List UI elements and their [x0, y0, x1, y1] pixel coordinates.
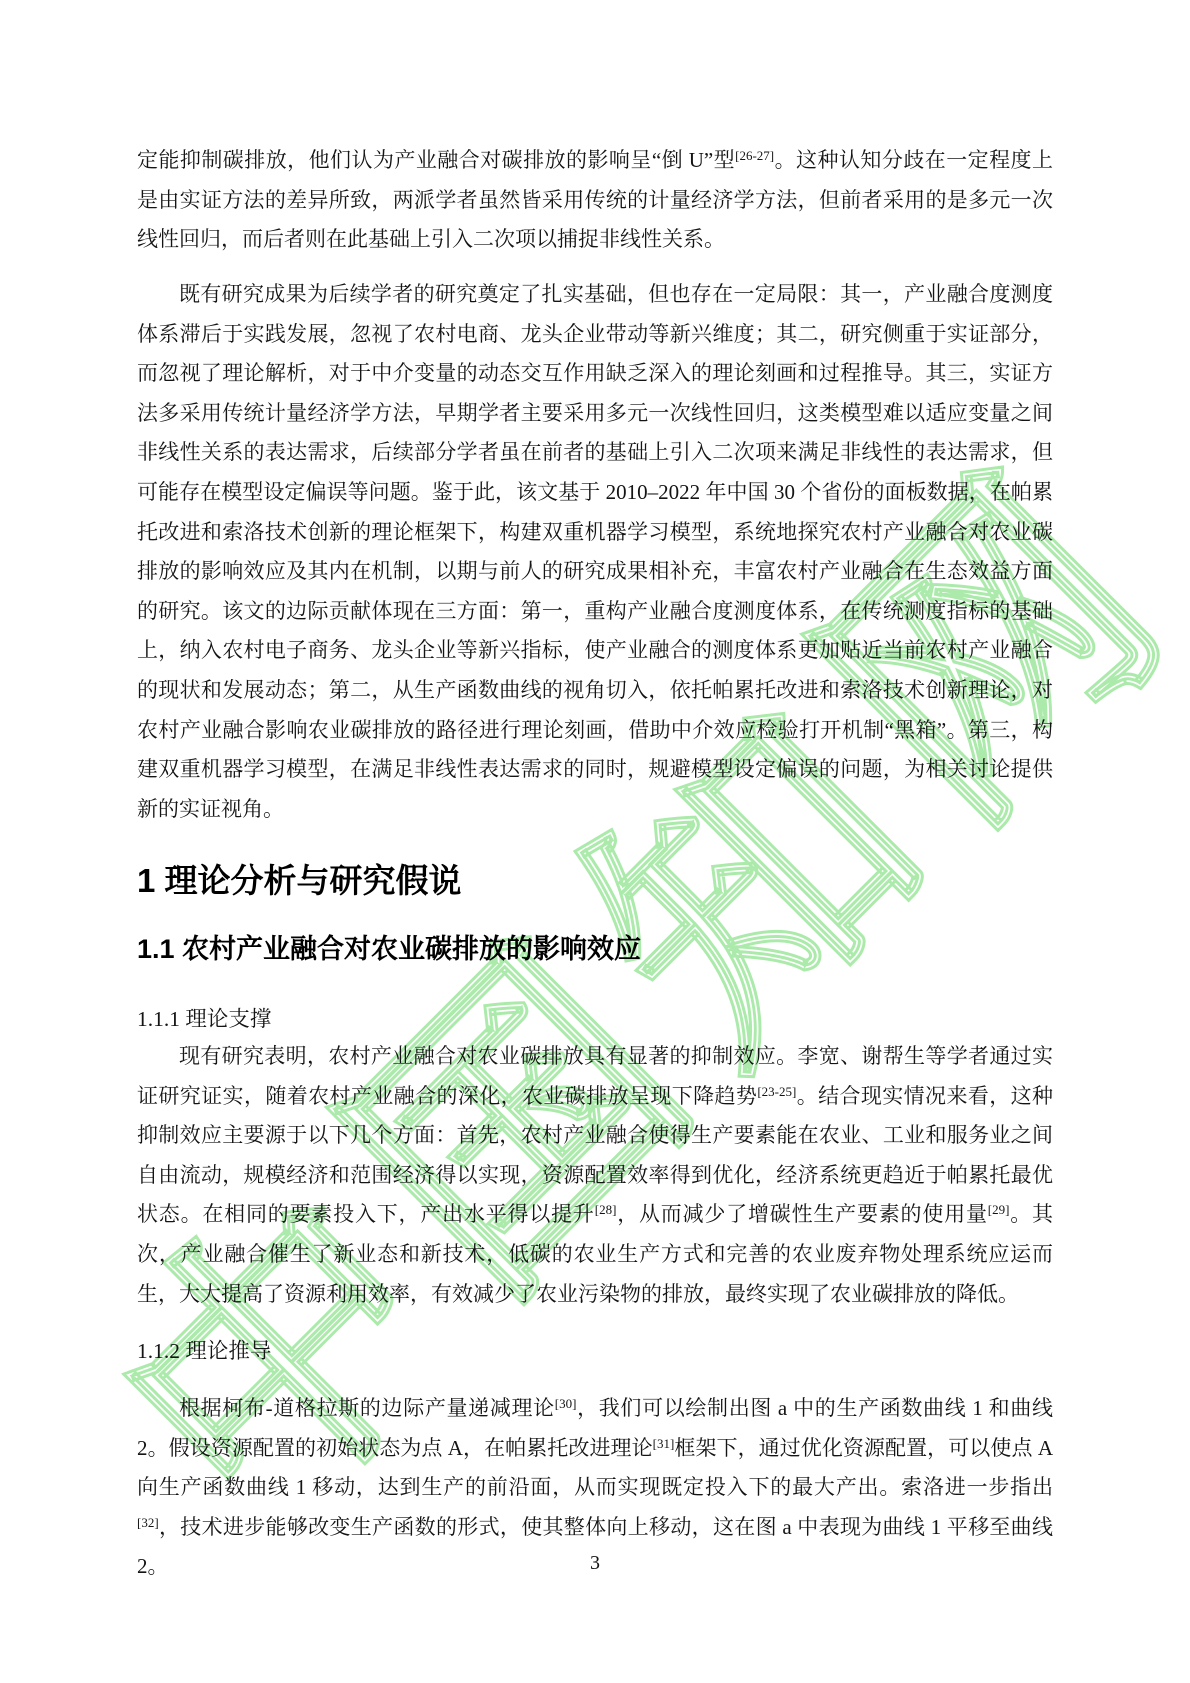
page-number: 3: [0, 1552, 1190, 1575]
paper-page: 中国知网 定能抑制碳排放，他们认为产业融合对碳排放的影响呈“倒 U”型[26-2…: [0, 0, 1190, 1683]
paragraph-carryover: 定能抑制碳排放，他们认为产业融合对碳排放的影响呈“倒 U”型[26-27]。这种…: [137, 141, 1053, 260]
paragraph-limitations: 既有研究成果为后续学者的研究奠定了扎实基础，但也存在一定局限：其一，产业融合度测…: [137, 275, 1053, 829]
paragraph-theory-support: 现有研究表明，农村产业融合对农业碳排放具有显著的抑制效应。李宽、谢帮生等学者通过…: [137, 1037, 1053, 1314]
subsubsection-heading-theory-derivation: 1.1.2 理论推导: [137, 1338, 1053, 1365]
subsection-heading-impact-effect: 1.1 农村产业融合对农业碳排放的影响效应: [137, 933, 1053, 966]
section-heading-theory-analysis: 1 理论分析与研究假说: [137, 861, 1053, 901]
subsubsection-heading-theory-support: 1.1.1 理论支撑: [137, 1006, 1053, 1033]
